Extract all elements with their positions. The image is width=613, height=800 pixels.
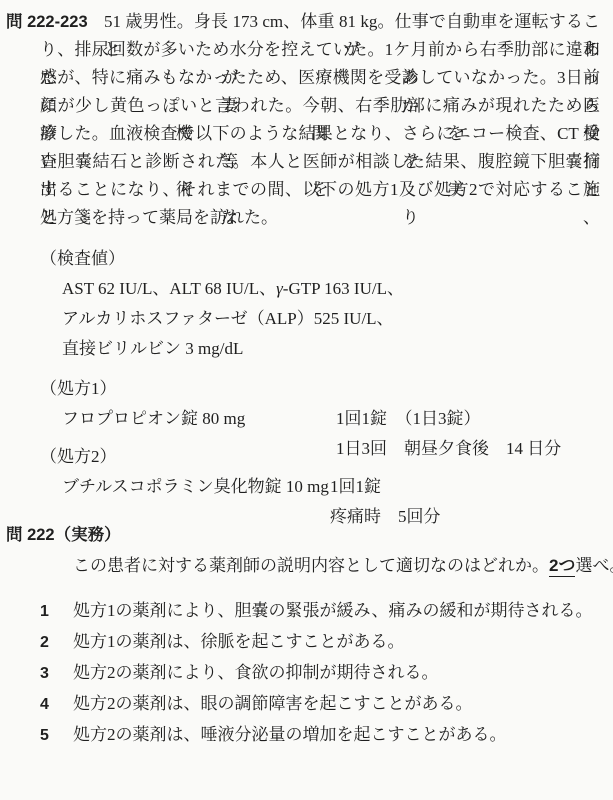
prescription-1-schedule: 1日3回 朝昼夕食後 14 日分 <box>336 434 561 464</box>
lab-values-header: （検査値） <box>40 244 603 274</box>
case-text-line: 診した。血液検査で以下のような結果となり、さらにエコー検査、CT 検査等を行 <box>40 120 600 148</box>
answer-option-2: 2処方1の薬剤は、徐脈を起こすことがある。 <box>6 627 603 658</box>
prescription-1-header: （処方1） <box>40 374 603 404</box>
case-text-line: い胆嚢結石と診断された。本人と医師が相談した結果、腹腔鏡下胆嚢摘出術を実施 <box>40 148 600 176</box>
option-number: 5 <box>40 721 73 751</box>
stem-text-tail: 選べ。 <box>575 556 613 575</box>
prescription-1-drug-name: フロプロピオン錠 80 mg <box>62 409 245 428</box>
answer-option-1: 1処方1の薬剤により、胆嚢の緊張が緩み、痛みの緩和が期待される。 <box>6 596 603 627</box>
prescription-1-dose: 1回1錠 （1日3錠） <box>336 404 481 434</box>
lab-gtp: -GTP 163 IU/L、 <box>283 279 404 298</box>
option-number: 3 <box>40 659 73 689</box>
case-question-number: 問 222-223 <box>6 8 88 36</box>
option-text: 処方2の薬剤は、眼の調節障害を起こすことがある。 <box>73 694 473 713</box>
answer-option-3: 3処方2の薬剤により、食欲の抑制が期待される。 <box>6 658 603 689</box>
option-number: 4 <box>40 690 73 720</box>
question-222-stem: この患者に対する薬剤師の説明内容として適切なのはどれか。2つ選べ。 <box>73 552 603 580</box>
option-text: 処方1の薬剤により、胆嚢の緊張が緩み、痛みの緩和が期待される。 <box>73 601 593 620</box>
option-text: 処方2の薬剤は、唾液分泌量の増加を起こすことがある。 <box>73 725 507 744</box>
prescription-2-schedule: 疼痛時 5回分 <box>330 502 441 532</box>
prescription-2-drug-name: ブチルスコポラミン臭化物錠 10 mg <box>62 477 329 496</box>
option-number: 1 <box>40 597 73 627</box>
question-222-heading: 問 222（実務） <box>6 524 603 546</box>
stem-choose-two-emphasis: 2つ <box>549 556 575 577</box>
option-number: 2 <box>40 628 73 658</box>
case-text-line: 顔が少し黄色っぽいと言われた。今朝、右季肋部に痛みが現れたため医療機関を受 <box>40 92 600 120</box>
answer-option-4: 4処方2の薬剤は、眼の調節障害を起こすことがある。 <box>6 689 603 720</box>
exam-page: 問 222-223 51 歳男性。身長 173 cm、体重 81 kg。仕事で自… <box>0 0 613 800</box>
option-text: 処方1の薬剤は、徐脈を起こすことがある。 <box>73 632 405 651</box>
answer-option-5: 5処方2の薬剤は、唾液分泌量の増加を起こすことがある。 <box>6 720 603 751</box>
answer-options-list: 1処方1の薬剤により、胆嚢の緊張が緩み、痛みの緩和が期待される。 2処方1の薬剤… <box>6 596 603 751</box>
case-text-line: り、排尿回数が多いため水分を控えていた。1ケ月前から右季肋部に違和感があっ <box>40 36 600 64</box>
case-text-line: 51 歳男性。身長 173 cm、体重 81 kg。仕事で自動車を運転することが… <box>40 8 600 36</box>
option-text: 処方2の薬剤により、食欲の抑制が期待される。 <box>73 663 439 682</box>
prescription-2-dose: 1回1錠 <box>330 472 381 502</box>
lab-ast-alt: AST 62 IU/L、ALT 68 IU/L、 <box>62 279 276 298</box>
gamma-symbol: γ <box>276 279 283 298</box>
prescription-2-drug-row: ブチルスコポラミン臭化物錠 10 mg 1回1錠 <box>6 472 603 502</box>
prescription-1-drug-row: フロプロピオン錠 80 mg 1回1錠 （1日3錠） <box>6 404 603 434</box>
lab-value-line-alp: アルカリホスファターゼ（ALP）525 IU/L、 <box>62 304 603 334</box>
lab-values-section: （検査値） AST 62 IU/L、ALT 68 IU/L、γ-GTP 163 … <box>6 244 603 364</box>
case-text-line: することになり、それまでの間、以下の処方1及び処方2で対応することとなり、 <box>40 176 600 204</box>
case-vignette: 問 222-223 51 歳男性。身長 173 cm、体重 81 kg。仕事で自… <box>6 8 600 232</box>
lab-value-line-enzymes: AST 62 IU/L、ALT 68 IU/L、γ-GTP 163 IU/L、 <box>62 274 603 304</box>
stem-text: この患者に対する薬剤師の説明内容として適切なのはどれか。 <box>73 556 549 575</box>
lab-value-line-bilirubin: 直接ビリルビン 3 mg/dL <box>62 334 603 364</box>
prescription-1-section: （処方1） フロプロピオン錠 80 mg 1回1錠 （1日3錠） 1日3回 朝昼… <box>6 374 603 434</box>
case-text-line: たが、特に痛みもなかったため、医療機関を受診していなかった。3日前に妻から <box>40 64 600 92</box>
